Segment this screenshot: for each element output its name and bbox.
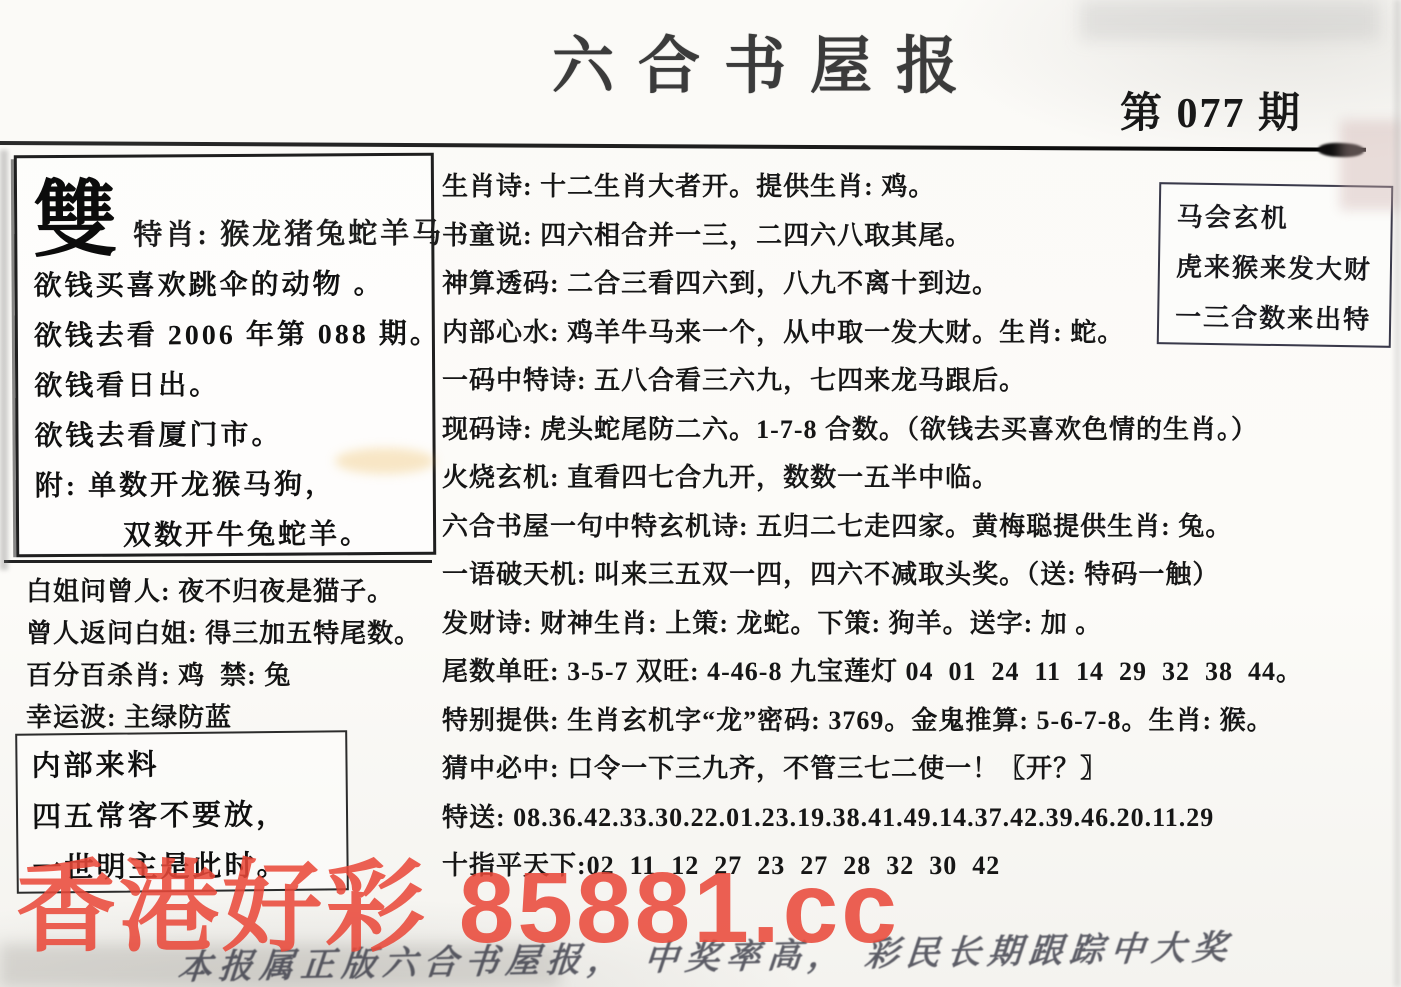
corner-box-line: 虎来猴来发大财: [1176, 242, 1391, 295]
riddle-line: 白姐问曾人: 夜不归夜是猫子。: [26, 571, 432, 613]
corner-box-line: 一三合数来出特: [1175, 292, 1390, 345]
prediction-line: 发财诗: 财神生肖: 上策: 龙蛇。下策: 狗羊。送字: 加 。: [442, 600, 1400, 649]
newspaper-scan-page: 六合书屋报 第 077 期 雙 特肖: 猴龙猪兔蛇羊马 欲钱买喜欢跳伞的动物 。…: [0, 0, 1401, 987]
prediction-line: 猜中必中: 口令一下三九齐，不管三七二使一！〖开？〗: [442, 745, 1400, 794]
watermark-text: 香港好彩 85881.cc: [16, 858, 900, 958]
riddle-section: 白姐问曾人: 夜不归夜是猫子。 曾人返问白姐: 得三加五特尾数。 百分百杀肖: …: [4, 560, 432, 739]
header-divider: [0, 141, 1366, 152]
page-title: 六合书屋报: [552, 16, 982, 105]
jockey-club-box: 马会玄机 虎来猴来发大财 一三合数来出特: [1157, 182, 1394, 348]
special-zodiac-headline: 特肖: 猴龙猪兔蛇羊马: [133, 211, 444, 262]
scan-artifact-left-edge: [0, 150, 8, 570]
ink-blot: [1318, 142, 1365, 158]
left-box-line: 欲钱去看 2006 年第 088 期。: [34, 310, 426, 362]
left-box-line: 欲钱买喜欢跳伞的动物 。: [33, 260, 425, 312]
prediction-line: 六合书屋一句中特玄机诗: 五归二七走四家。黄梅聪提供生肖: 兔。: [442, 503, 1400, 552]
riddle-line: 曾人返问白姐: 得三加五特尾数。: [26, 613, 432, 655]
left-box-line: 附: 单数开龙猴马狗，: [35, 460, 427, 512]
zodiac-headline-row: 雙 特肖: 猴龙猪兔蛇羊马: [33, 164, 426, 262]
prediction-line: 火烧玄机: 直看四七合九开，数数一五半中临。: [442, 454, 1400, 503]
left-box-line: 双数开牛兔蛇羊。: [35, 510, 427, 562]
prediction-line: 现码诗: 虎头蛇尾防二六。1-7-8 合数。（欲钱去买喜欢色情的生肖。）: [442, 406, 1400, 455]
left-box-line: 欲钱看日出。: [34, 360, 426, 412]
prediction-line: 一码中特诗: 五八合看三六九，七四来龙马跟后。: [442, 357, 1400, 406]
scan-artifact-top-faint: [1080, 0, 1380, 40]
special-zodiac-box: 雙 特肖: 猴龙猪兔蛇羊马 欲钱买喜欢跳伞的动物 。 欲钱去看 2006 年第 …: [14, 153, 436, 558]
left-box-line: 欲钱去看厦门市。: [34, 410, 426, 462]
insider-line: 内部来料: [31, 738, 346, 792]
insider-line: 四五常客不要放，: [32, 789, 347, 843]
prediction-line: 特别提供: 生肖玄机字“龙”密码: 3769。金鬼推算: 5-6-7-8。生肖:…: [442, 697, 1400, 746]
prediction-line: 尾数单旺: 3-5-7 双旺: 4-46-8 九宝莲灯 04 01 24 11 …: [442, 648, 1400, 697]
big-char-shuang: 雙: [33, 182, 118, 262]
issue-number: 第 077 期: [1120, 80, 1302, 140]
riddle-line: 百分百杀肖: 鸡 禁: 兔: [26, 655, 432, 697]
corner-box-line: 马会玄机: [1176, 192, 1391, 245]
prediction-line: 一语破天机: 叫来三五双一四，四六不减取头奖。（送: 特码一触）: [442, 551, 1400, 600]
prediction-line: 特送: 08.36.42.33.30.22.01.23.19.38.41.49.…: [442, 794, 1400, 843]
